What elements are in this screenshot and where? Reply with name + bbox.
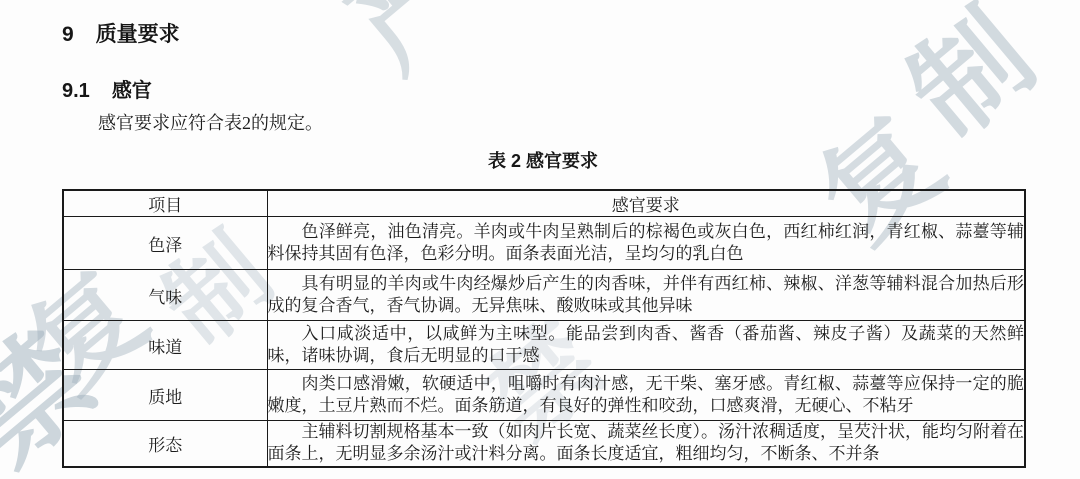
row-item-label: 形态 [63,421,267,467]
sensory-requirements-table: 项目 感官要求 色泽色泽鲜亮，油色清亮。羊肉或牛肉呈熟制后的棕褐色或灰白色，西红… [62,189,1026,468]
row-item-label: 味道 [63,321,267,370]
section-heading: 9质量要求 [62,18,180,48]
table-caption: 表 2 感官要求 [62,147,1024,173]
row-requirement-text: 主辅料切割规格基本一致（如肉片长宽、蔬菜丝长度）。汤汁浓稠适度，呈芡汁状，能均匀… [267,421,1025,467]
section-title: 质量要求 [96,23,180,46]
row-requirement-text: 具有明显的羊肉或牛肉经爆炒后产生的肉香味，并伴有西红柿、辣椒、洋葱等辅料混合加热… [267,270,1025,321]
table-header-row: 项目 感官要求 [63,190,1025,217]
table-row: 形态主辅料切割规格基本一致（如肉片长宽、蔬菜丝长度）。汤汁浓稠适度，呈芡汁状，能… [63,421,1025,467]
column-header-item: 项目 [63,190,267,217]
body-paragraph: 感官要求应符合表2的规定。 [62,109,1024,135]
subsection-title: 感官 [112,80,152,102]
table-row: 质地肉类口感滑嫩，软硬适中，咀嚼时有肉汁感，无干柴、塞牙感。青红椒、蒜薹等应保持… [63,370,1025,421]
table-row: 气味具有明显的羊肉或牛肉经爆炒后产生的肉香味，并伴有西红柿、辣椒、洋葱等辅料混合… [63,270,1025,321]
row-item-label: 气味 [63,270,267,321]
document-page: 严制复禁复制禁 9质量要求 9.1感官 感官要求应符合表2的规定。 表 2 感官… [0,0,1080,479]
section-number: 9 [62,23,74,47]
table-row: 味道入口咸淡适中，以咸鲜为主味型。能品尝到肉香、酱香（番茄酱、辣皮子酱）及蔬菜的… [63,321,1025,370]
document-content: 9质量要求 9.1感官 感官要求应符合表2的规定。 表 2 感官要求 项目 感官… [0,0,1080,479]
column-header-requirement: 感官要求 [267,190,1025,217]
row-requirement-text: 肉类口感滑嫩，软硬适中，咀嚼时有肉汁感，无干柴、塞牙感。青红椒、蒜薹等应保持一定… [267,370,1025,421]
subsection-number: 9.1 [62,80,90,103]
row-requirement-text: 入口咸淡适中，以咸鲜为主味型。能品尝到肉香、酱香（番茄酱、辣皮子酱）及蔬菜的天然… [267,321,1025,370]
table-body: 色泽色泽鲜亮，油色清亮。羊肉或牛肉呈熟制后的棕褐色或灰白色，西红柿红润，青红椒、… [63,217,1025,467]
row-item-label: 质地 [63,370,267,421]
subsection-heading: 9.1感官 [62,74,152,103]
table-row: 色泽色泽鲜亮，油色清亮。羊肉或牛肉呈熟制后的棕褐色或灰白色，西红柿红润，青红椒、… [63,217,1025,270]
row-item-label: 色泽 [63,217,267,270]
row-requirement-text: 色泽鲜亮，油色清亮。羊肉或牛肉呈熟制后的棕褐色或灰白色，西红柿红润，青红椒、蒜薹… [267,217,1025,270]
